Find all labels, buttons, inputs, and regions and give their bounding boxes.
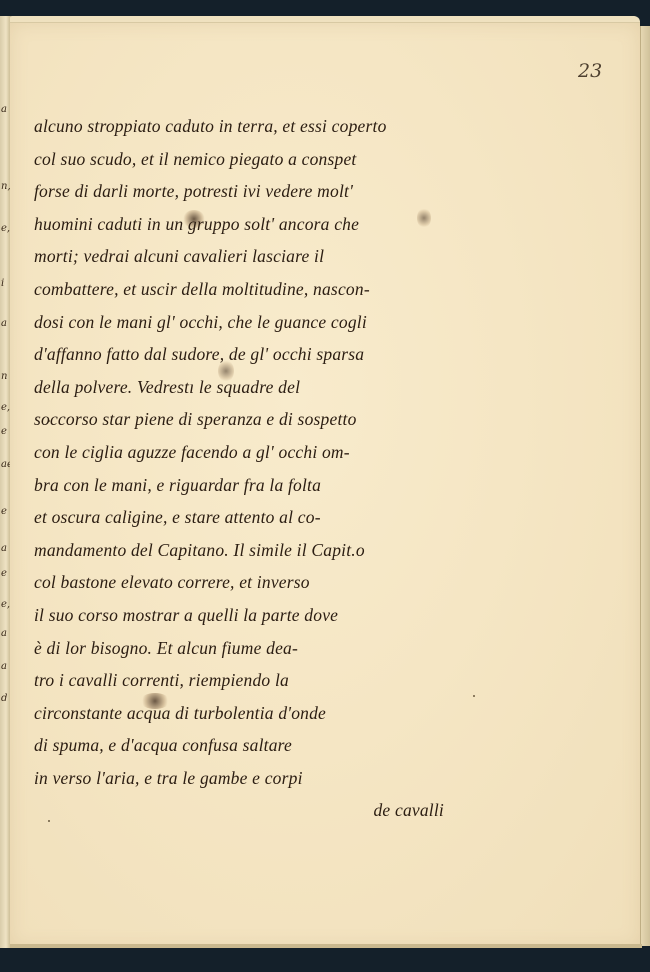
margin-fragment: a: [1, 318, 7, 329]
margin-fragment: i: [1, 278, 4, 289]
margin-fragment: e: [1, 506, 7, 517]
margin-fragment: a: [1, 628, 7, 639]
margin-fragment: n: [1, 371, 7, 382]
text-line: mandamento del Capitano. Il simile il Ca…: [34, 534, 454, 567]
catchword: de cavalli: [34, 794, 454, 827]
paper-speck: [473, 695, 475, 697]
margin-fragment: e,: [1, 599, 10, 610]
manuscript-text: alcuno stroppiato caduto in terra, et es…: [34, 110, 454, 827]
margin-fragment: a: [1, 104, 7, 115]
text-line: della polvere. Vedrestı le squadre del: [34, 371, 454, 404]
text-line: bra con le mani, e riguardar fra la folt…: [34, 469, 454, 502]
text-line: in verso l'aria, e tra le gambe e corpi: [34, 762, 454, 795]
text-line: alcuno stroppiato caduto in terra, et es…: [34, 110, 454, 143]
text-line: huomini caduti in un gruppo solt' ancora…: [34, 208, 454, 241]
text-line: morti; vedrai alcuni cavalieri lasciare …: [34, 240, 454, 273]
margin-fragment: e: [1, 426, 7, 437]
margin-fragment: d: [1, 693, 7, 704]
text-line: è di lor bisogno. Et alcun fiume dea-: [34, 632, 454, 665]
margin-fragment: e,: [1, 223, 10, 234]
text-line: d'affanno fatto dal sudore, de gl' occhi…: [34, 338, 454, 371]
text-line: col suo scudo, et il nemico piegato a co…: [34, 143, 454, 176]
previous-page-marginal-text: a n, e, i a n e, e ae e a e e, a a d: [0, 16, 10, 948]
text-line: circonstante acqua di turbolentia d'onde: [34, 697, 454, 730]
margin-fragment: a: [1, 543, 7, 554]
text-line: di spuma, e d'acqua confusa saltare: [34, 729, 454, 762]
margin-fragment: e: [1, 568, 7, 579]
text-line: dosi con le mani gl' occhi, che le guanc…: [34, 306, 454, 339]
margin-fragment: e,: [1, 402, 10, 413]
page-right-edge: [640, 26, 650, 946]
text-line: soccorso star piene di speranza e di sos…: [34, 403, 454, 436]
paper-bottom-edge: [10, 944, 642, 948]
text-line: et oscura caligine, e stare attento al c…: [34, 501, 454, 534]
text-line: forse di darli morte, potresti ivi veder…: [34, 175, 454, 208]
text-line: il suo corso mostrar a quelli la parte d…: [34, 599, 454, 632]
text-line: col bastone elevato correre, et inverso: [34, 566, 454, 599]
text-line: con le ciglia aguzze facendo a gl' occhi…: [34, 436, 454, 469]
text-line: combattere, et uscir della moltitudine, …: [34, 273, 454, 306]
text-line: tro i cavalli correnti, riempiendo la: [34, 664, 454, 697]
margin-fragment: a: [1, 661, 7, 672]
folio-number: 23: [578, 60, 602, 82]
